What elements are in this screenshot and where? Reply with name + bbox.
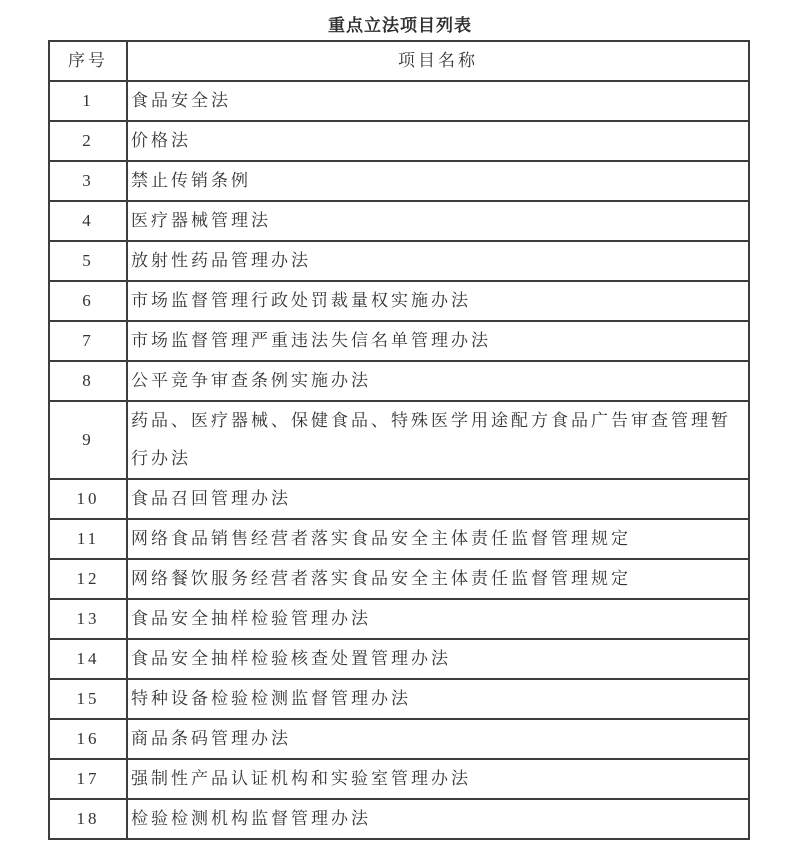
table-row: 10食品召回管理办法 [49, 479, 749, 519]
row-number-cell: 17 [49, 759, 127, 799]
row-number-cell: 1 [49, 81, 127, 121]
project-name-cell: 医疗器械管理法 [127, 201, 749, 241]
table-row: 3禁止传销条例 [49, 161, 749, 201]
row-number-cell: 9 [49, 401, 127, 479]
row-number-cell: 15 [49, 679, 127, 719]
table-row: 11网络食品销售经营者落实食品安全主体责任监督管理规定 [49, 519, 749, 559]
table-row: 6市场监督管理行政处罚裁量权实施办法 [49, 281, 749, 321]
table-row: 15特种设备检验检测监督管理办法 [49, 679, 749, 719]
table-row: 14食品安全抽样检验核查处置管理办法 [49, 639, 749, 679]
project-name-cell: 公平竞争审查条例实施办法 [127, 361, 749, 401]
row-number-cell: 18 [49, 799, 127, 839]
project-name-cell: 商品条码管理办法 [127, 719, 749, 759]
table-row: 13食品安全抽样检验管理办法 [49, 599, 749, 639]
project-name-cell: 放射性药品管理办法 [127, 241, 749, 281]
row-number-cell: 16 [49, 719, 127, 759]
project-name-cell: 食品召回管理办法 [127, 479, 749, 519]
project-name-cell: 价格法 [127, 121, 749, 161]
row-number-cell: 14 [49, 639, 127, 679]
project-name-cell: 网络餐饮服务经营者落实食品安全主体责任监督管理规定 [127, 559, 749, 599]
header-cell-project-name: 项目名称 [127, 41, 749, 81]
row-number-cell: 11 [49, 519, 127, 559]
legislation-project-table: 序号 项目名称 1食品安全法2价格法3禁止传销条例4医疗器械管理法5放射性药品管… [48, 40, 750, 840]
row-number-cell: 4 [49, 201, 127, 241]
table-header-row: 序号 项目名称 [49, 41, 749, 81]
project-name-cell: 网络食品销售经营者落实食品安全主体责任监督管理规定 [127, 519, 749, 559]
table-row: 5放射性药品管理办法 [49, 241, 749, 281]
project-name-cell: 强制性产品认证机构和实验室管理办法 [127, 759, 749, 799]
row-number-cell: 13 [49, 599, 127, 639]
project-name-cell: 禁止传销条例 [127, 161, 749, 201]
project-name-cell: 药品、医疗器械、保健食品、特殊医学用途配方食品广告审查管理暂行办法 [127, 401, 749, 479]
table-row: 8公平竞争审查条例实施办法 [49, 361, 749, 401]
row-number-cell: 3 [49, 161, 127, 201]
project-name-cell: 检验检测机构监督管理办法 [127, 799, 749, 839]
project-name-cell: 食品安全抽样检验管理办法 [127, 599, 749, 639]
table-row: 12网络餐饮服务经营者落实食品安全主体责任监督管理规定 [49, 559, 749, 599]
row-number-cell: 2 [49, 121, 127, 161]
table-row: 1食品安全法 [49, 81, 749, 121]
table-row: 2价格法 [49, 121, 749, 161]
row-number-cell: 7 [49, 321, 127, 361]
page-title: 重点立法项目列表 [0, 0, 800, 29]
table-row: 4医疗器械管理法 [49, 201, 749, 241]
table-row: 16商品条码管理办法 [49, 719, 749, 759]
row-number-cell: 10 [49, 479, 127, 519]
project-name-cell: 食品安全抽样检验核查处置管理办法 [127, 639, 749, 679]
header-cell-number: 序号 [49, 41, 127, 81]
table-row: 7市场监督管理严重违法失信名单管理办法 [49, 321, 749, 361]
project-name-cell: 食品安全法 [127, 81, 749, 121]
row-number-cell: 8 [49, 361, 127, 401]
table-row: 9药品、医疗器械、保健食品、特殊医学用途配方食品广告审查管理暂行办法 [49, 401, 749, 479]
table-body: 1食品安全法2价格法3禁止传销条例4医疗器械管理法5放射性药品管理办法6市场监督… [49, 81, 749, 839]
project-name-cell: 市场监督管理严重违法失信名单管理办法 [127, 321, 749, 361]
row-number-cell: 12 [49, 559, 127, 599]
row-number-cell: 6 [49, 281, 127, 321]
project-name-cell: 特种设备检验检测监督管理办法 [127, 679, 749, 719]
project-name-cell: 市场监督管理行政处罚裁量权实施办法 [127, 281, 749, 321]
table-row: 18检验检测机构监督管理办法 [49, 799, 749, 839]
row-number-cell: 5 [49, 241, 127, 281]
table-row: 17强制性产品认证机构和实验室管理办法 [49, 759, 749, 799]
